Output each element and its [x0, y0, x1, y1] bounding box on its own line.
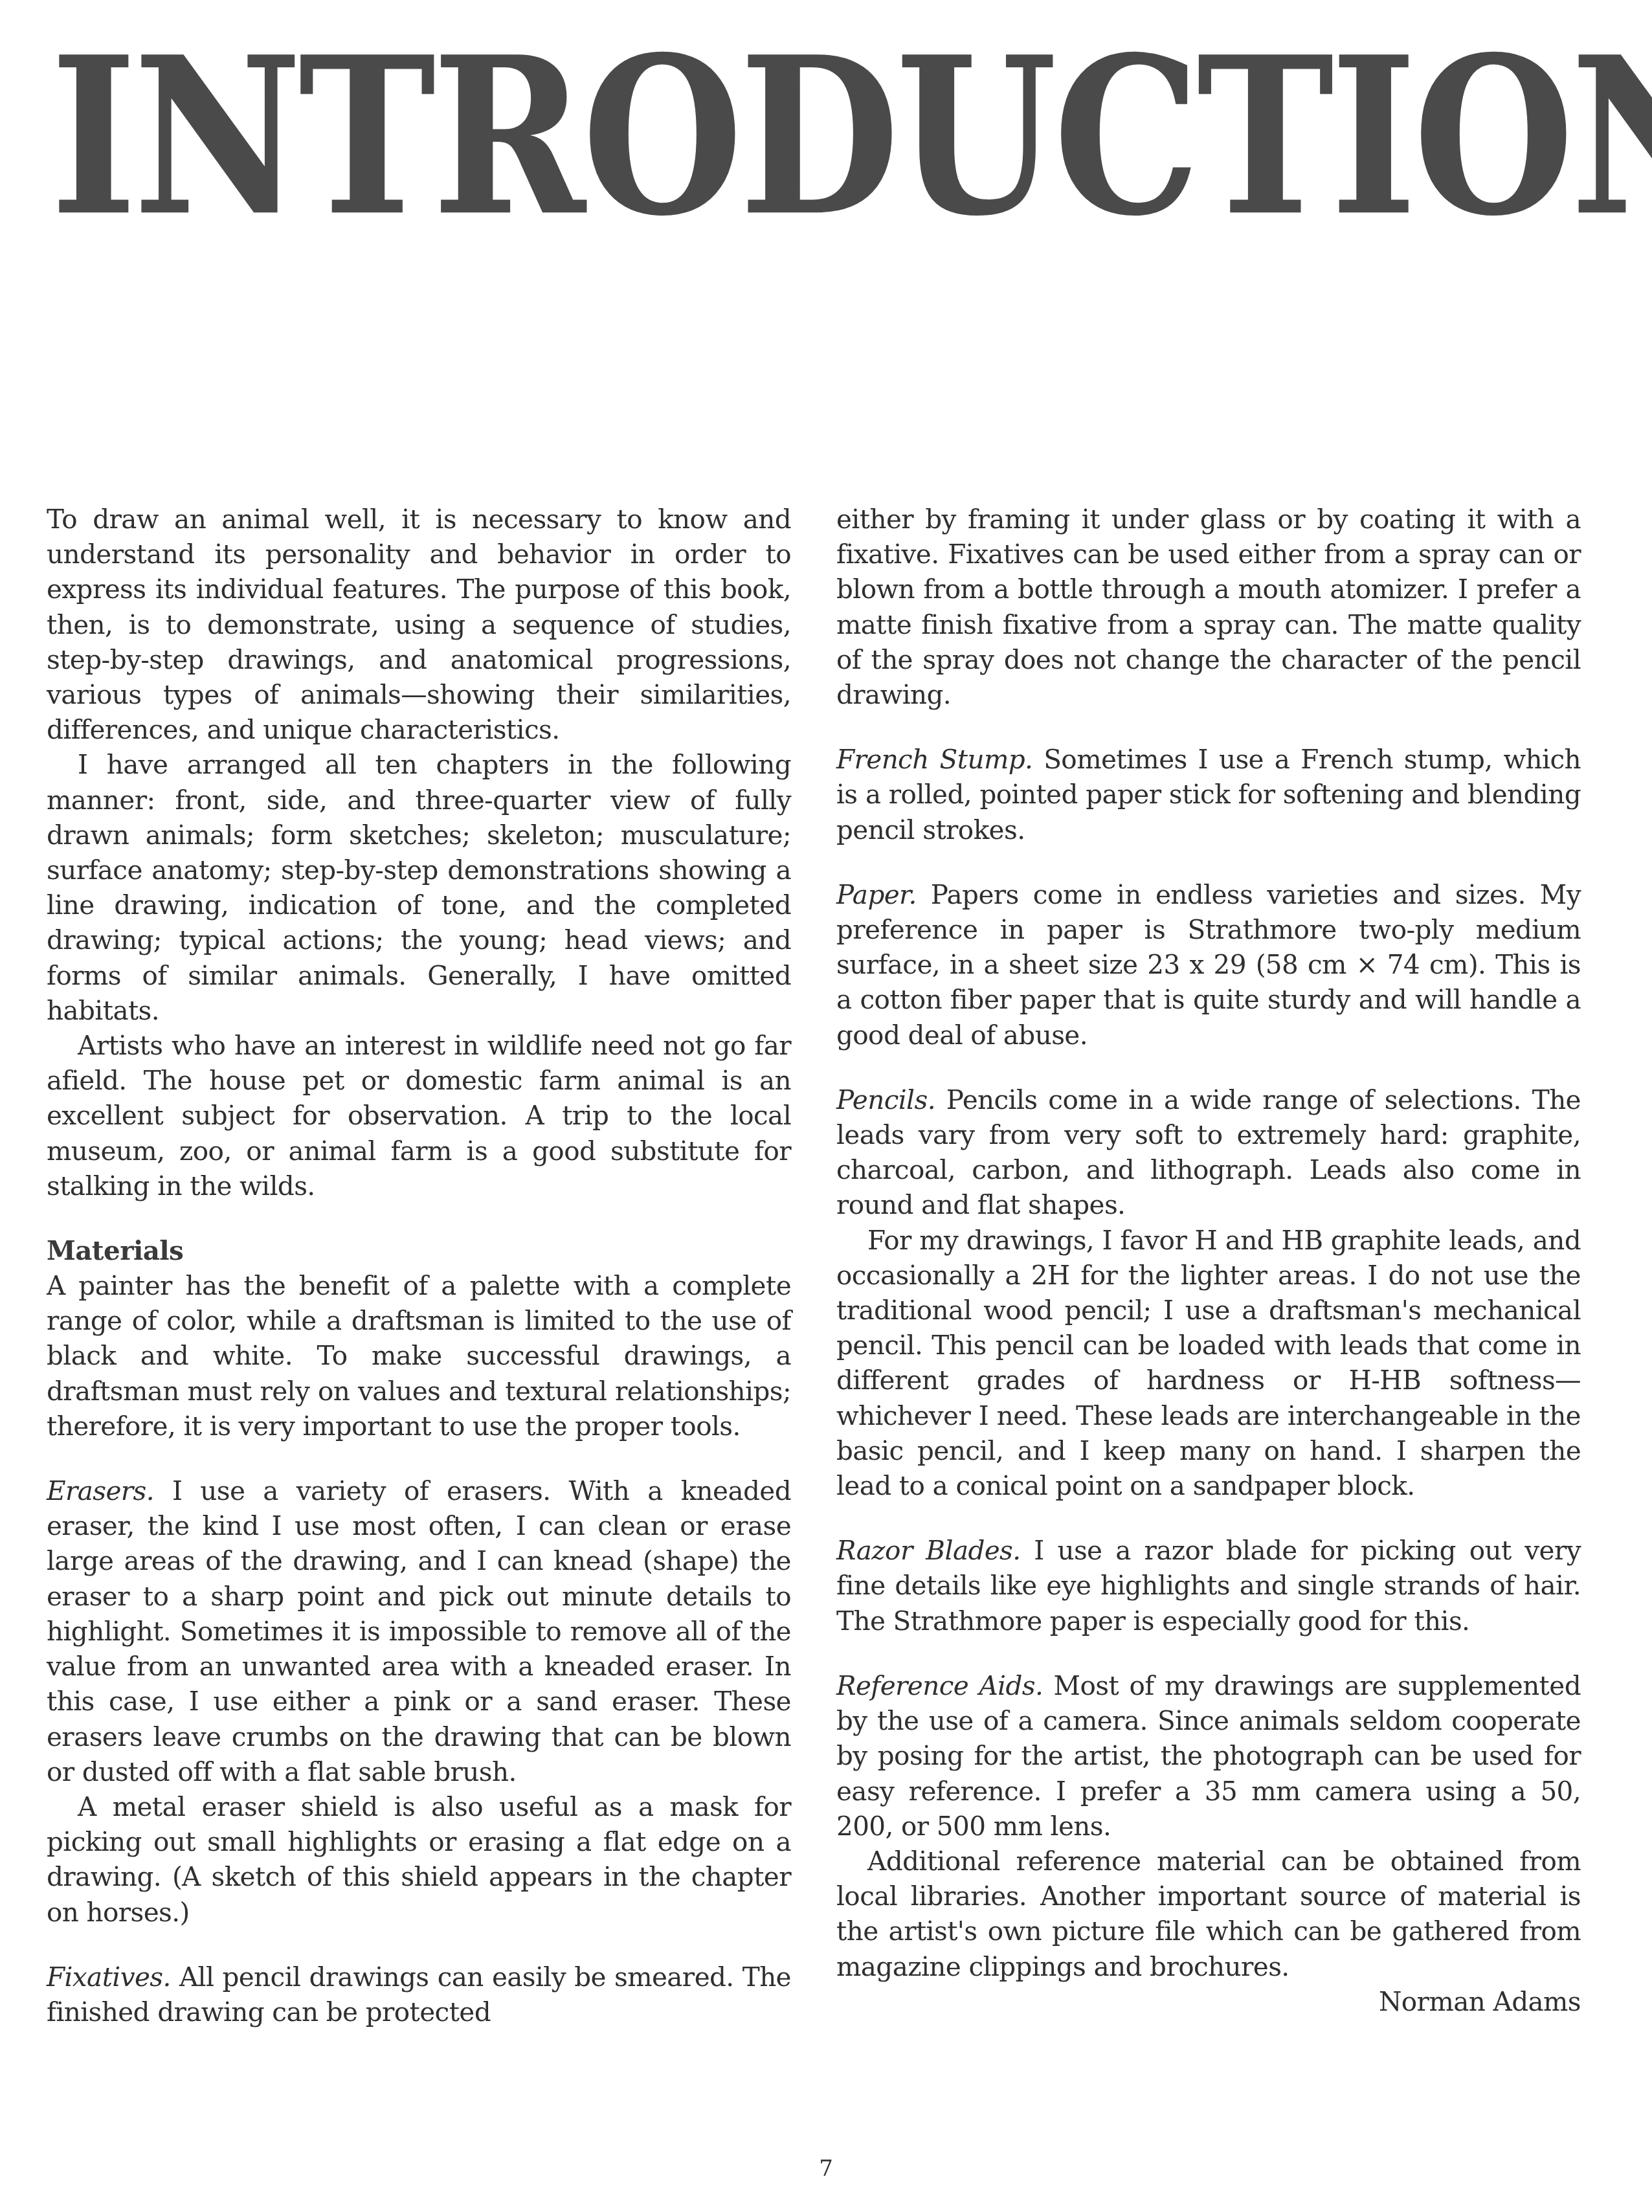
paper-paragraph: Paper. Papers come in endless varieties … — [836, 877, 1581, 1053]
page-number: 7 — [0, 2156, 1652, 2182]
erasers-text: I use a variety of erasers. With a knead… — [47, 1475, 791, 1787]
fixatives-continued-paragraph: either by framing it under glass or by c… — [836, 502, 1581, 712]
page-title: INTRODUCTION — [50, 53, 1480, 221]
fixatives-paragraph: Fixatives. All pencil drawings can easil… — [47, 1960, 791, 2029]
reference-aids-paragraph: Reference Aids. Most of my drawings are … — [836, 1668, 1581, 1844]
pencils-paragraph: Pencils. Pencils come in a wide range of… — [836, 1082, 1581, 1223]
french-stump-term: French Stump. — [836, 744, 1032, 775]
erasers-paragraph: Erasers. I use a variety of erasers. Wit… — [47, 1473, 791, 1789]
author-signature: Norman Adams — [836, 1984, 1581, 2019]
paper-term: Paper. — [836, 879, 917, 910]
additional-reference-paragraph: Additional reference material can be obt… — [836, 1844, 1581, 1984]
reference-aids-term: Reference Aids. — [836, 1670, 1043, 1701]
fixatives-term: Fixatives. — [47, 1961, 171, 1993]
left-column: To draw an animal well, it is necessary … — [47, 502, 791, 2029]
pencils-detail-paragraph: For my drawings, I favor H and HB graphi… — [836, 1223, 1581, 1504]
paper-text: Papers come in endless varieties and siz… — [836, 879, 1581, 1051]
wildlife-paragraph: Artists who have an interest in wildlife… — [47, 1028, 791, 1203]
materials-heading: Materials — [47, 1233, 791, 1268]
right-column: either by framing it under glass or by c… — [836, 502, 1581, 2019]
french-stump-paragraph: French Stump. Sometimes I use a French s… — [836, 742, 1581, 847]
razor-blades-term: Razor Blades. — [836, 1535, 1021, 1566]
eraser-shield-paragraph: A metal eraser shield is also useful as … — [47, 1789, 791, 1930]
erasers-term: Erasers. — [47, 1475, 154, 1506]
chapters-paragraph: I have arranged all ten chapters in the … — [47, 747, 791, 1028]
materials-intro-paragraph: A painter has the benefit of a palette w… — [47, 1268, 791, 1444]
intro-paragraph: To draw an animal well, it is necessary … — [47, 502, 791, 747]
razor-blades-paragraph: Razor Blades. I use a razor blade for pi… — [836, 1533, 1581, 1638]
pencils-term: Pencils. — [836, 1084, 935, 1115]
pencils-text: Pencils come in a wide range of selectio… — [836, 1084, 1581, 1221]
